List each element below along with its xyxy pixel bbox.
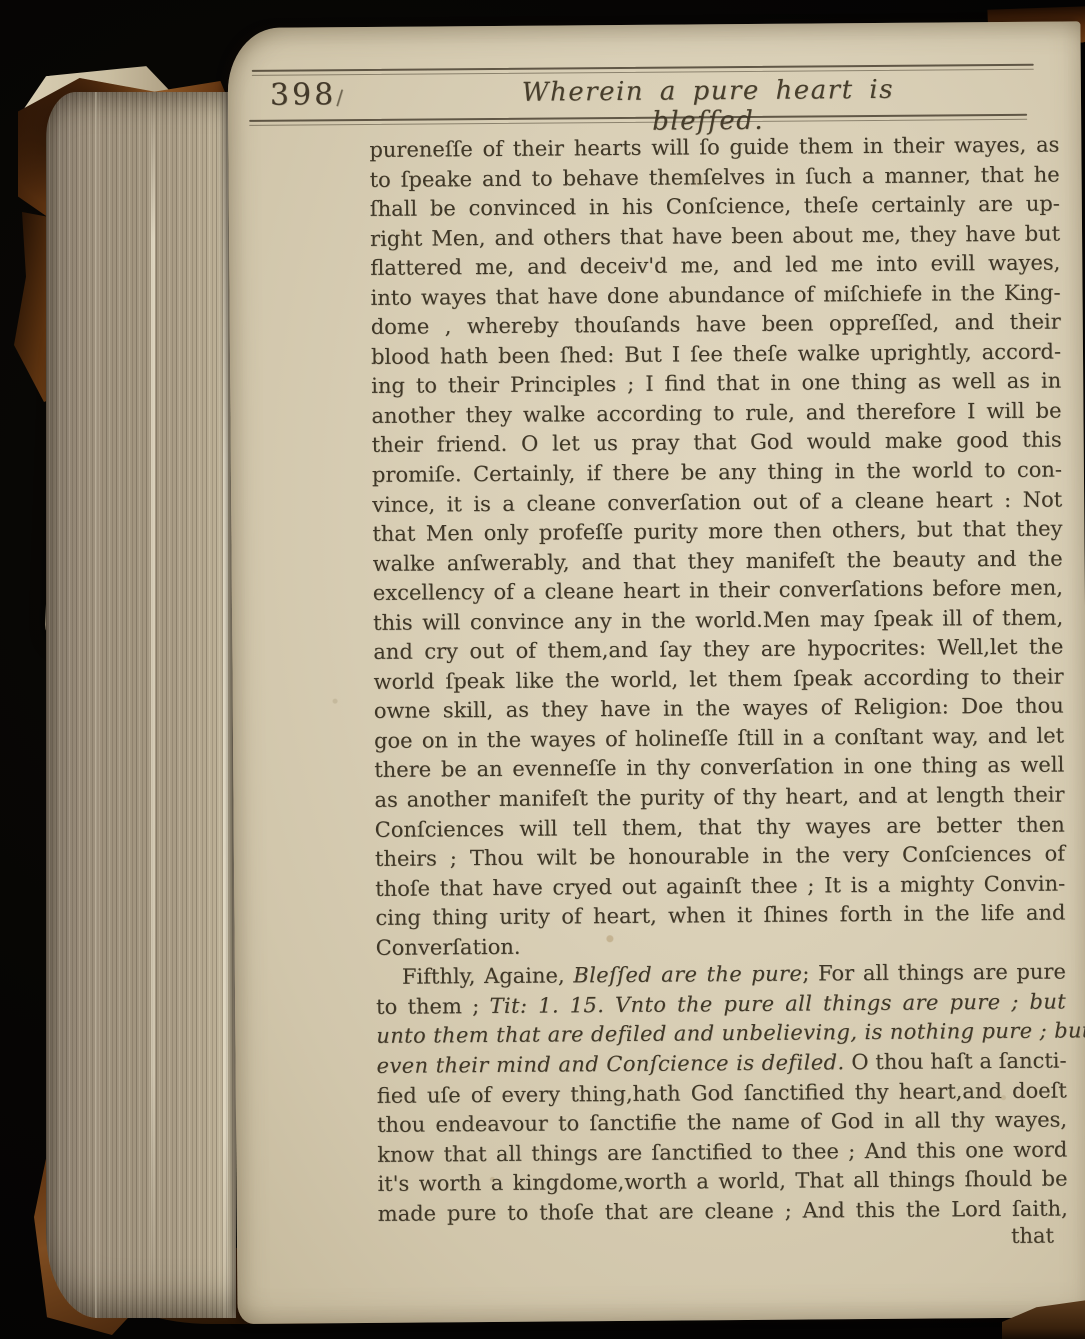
fore-edge-page-stack (46, 92, 236, 1318)
text-line: even their mind and Conſcience is defile… (376, 1046, 1066, 1081)
body-text: pureneſſe of their hearts will ſo guide … (369, 131, 1068, 1230)
text-line: thou endeavour to ſanctifie the name of … (377, 1106, 1067, 1141)
book-page: 398∕ Wherein a pure heart is bleſſed. pu… (227, 21, 1085, 1324)
running-head: Wherein a pure heart is bleſſed. (468, 74, 948, 138)
text-line: promiſe. Certainly, if there be any thin… (372, 456, 1062, 491)
page-number: 398∕ (270, 77, 346, 113)
text-line: pureneſſe of their hearts will ſo guide … (369, 131, 1059, 166)
text-line: made pure to thoſe that are cleane ; And… (378, 1194, 1068, 1229)
page-edge-highlight (223, 92, 228, 1318)
page-edge-highlight (151, 92, 155, 1318)
catchword: that (1011, 1224, 1054, 1248)
page-edge-highlight (95, 92, 97, 1318)
text-line: cing thing urity of heart, when it ſhine… (375, 899, 1065, 934)
pen-flourish: ∕ (336, 85, 346, 109)
text-line: as another manifeſt the purity of thy he… (374, 781, 1064, 816)
book-photo: 398∕ Wherein a pure heart is bleſſed. pu… (0, 0, 1085, 1339)
